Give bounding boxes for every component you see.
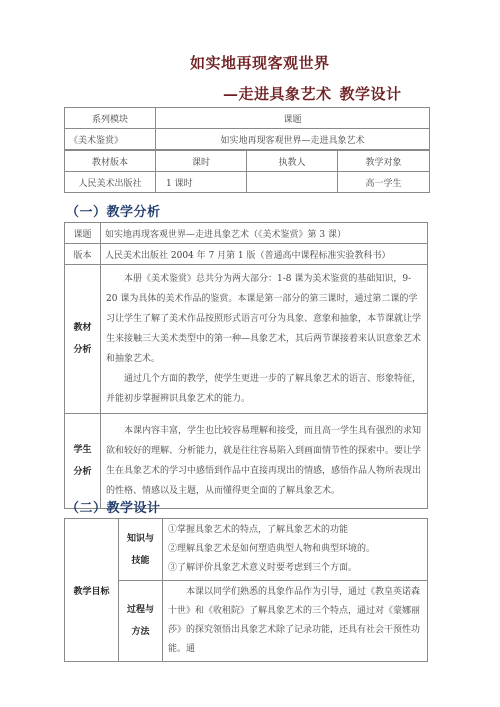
header-class-hours: 课时 — [156, 150, 247, 172]
label-line: 学生 — [69, 439, 96, 461]
edition-text: 人民美术出版社 2004 年 7 月第 1 版（普通高中课程标准实验教科书） — [101, 244, 428, 265]
table-row: 版本 人民美术出版社 2004 年 7 月第 1 版（普通高中课程标准实验教科书… — [65, 244, 428, 265]
list-item: ③了解评价具象艺术意义时要考虑到三个方面。 — [168, 559, 422, 578]
table-row: 课题 如实地再现客观世界—走进具象艺术（《美术鉴赏》第 3 课） — [65, 223, 428, 244]
table-row: 过程与 方法 本课以同学们熟悉的具象作品作为引导，通过《教皇英诺森十世》和《收租… — [65, 581, 428, 662]
course-info-table: 系列模块 课题 《美术鉴赏》 如实地再现客观世界—走进具象艺术 教材版本 课时 … — [64, 107, 430, 193]
student-analysis-text: 本课内容丰富，学生也比较容易理解和接受，而且高一学生具有强烈的求知欲和较好的理解… — [101, 414, 428, 509]
table-row: 人民美术出版社 1 课时 高一学生 — [65, 172, 430, 193]
subtitle-topic: —走进具象艺术 — [223, 85, 332, 103]
analysis-table: 课题 如实地再现客观世界—走进具象艺术（《美术鉴赏》第 3 课） 版本 人民美术… — [64, 222, 428, 509]
textbook-edition-value: 人民美术出版社 — [65, 172, 156, 193]
process-methods-text: 本课以同学们熟悉的具象作品作为引导，通过《教皇英诺森十世》和《收租院》了解具象艺… — [163, 581, 428, 662]
knowledge-skills-list: ①掌握具象艺术的特点，了解具象艺术的功能 ②理解具象艺术是如何塑造典型人物和典型… — [163, 519, 428, 581]
label-line: 教材 — [69, 317, 96, 339]
list-item: ②理解具象艺术是如何塑造典型人物和典型环境的。 — [168, 540, 422, 559]
header-topic: 课题 — [156, 108, 430, 129]
topic-value: 如实地再现客观世界—走进具象艺术 — [156, 129, 430, 151]
paragraph: 本册《美术鉴赏》总共分为两大部分：1-8 课为美术鉴赏的基础知识，9-20 课为… — [106, 269, 421, 369]
paragraph: 本课以同学们熟悉的具象作品作为引导，通过《教皇英诺森十世》和《收租院》了解具象艺… — [168, 583, 422, 659]
paragraph: 本课内容丰富，学生也比较容易理解和接受，而且高一学生具有强烈的求知欲和较好的理解… — [106, 421, 421, 501]
header-textbook-edition: 教材版本 — [65, 150, 156, 172]
teaching-design-table: 教学目标 知识与 技能 ①掌握具象艺术的特点，了解具象艺术的功能 ②理解具象艺术… — [64, 518, 428, 662]
label-line: 分析 — [69, 461, 96, 483]
topic-text: 如实地再现客观世界—走进具象艺术（《美术鉴赏》第 3 课） — [101, 223, 428, 244]
label-line: 方法 — [123, 621, 158, 643]
teacher-value — [247, 172, 338, 193]
table-row: 《美术鉴赏》 如实地再现客观世界—走进具象艺术 — [65, 129, 430, 151]
header-target-students: 教学对象 — [338, 150, 430, 172]
header-series-module: 系列模块 — [65, 108, 156, 129]
teaching-goals-label: 教学目标 — [65, 519, 119, 662]
section-heading-analysis: （一）教学分析 — [66, 201, 161, 220]
label-line: 分析 — [69, 339, 96, 361]
label-line: 过程与 — [123, 599, 158, 621]
table-row: 教材版本 课时 执教人 教学对象 — [65, 150, 430, 172]
document-subtitle: —走进具象艺术教学设计 — [223, 83, 402, 104]
knowledge-skills-label: 知识与 技能 — [119, 519, 163, 581]
class-hours-value: 1 课时 — [156, 172, 247, 193]
subtitle-design: 教学设计 — [340, 85, 402, 103]
paragraph: 通过几个方面的教学，使学生更进一步的了解具象艺术的语言、形象特征，并能初步掌握辨… — [106, 369, 421, 409]
table-row: 学生 分析 本课内容丰富，学生也比较容易理解和接受，而且高一学生具有强烈的求知欲… — [65, 414, 428, 509]
label-line: 知识与 — [123, 528, 158, 550]
target-students-value: 高一学生 — [338, 172, 430, 193]
section-heading-design: （二）教学设计 — [66, 497, 161, 516]
table-row: 系列模块 课题 — [65, 108, 430, 129]
table-row: 教材 分析 本册《美术鉴赏》总共分为两大部分：1-8 课为美术鉴赏的基础知识，9… — [65, 265, 428, 414]
material-analysis-text: 本册《美术鉴赏》总共分为两大部分：1-8 课为美术鉴赏的基础知识，9-20 课为… — [101, 265, 428, 414]
topic-label: 课题 — [65, 223, 101, 244]
edition-label: 版本 — [65, 244, 101, 265]
material-analysis-label: 教材 分析 — [65, 265, 101, 414]
process-methods-label: 过程与 方法 — [119, 581, 163, 662]
table-row: 教学目标 知识与 技能 ①掌握具象艺术的特点，了解具象艺术的功能 ②理解具象艺术… — [65, 519, 428, 581]
student-analysis-label: 学生 分析 — [65, 414, 101, 509]
header-teacher: 执教人 — [247, 150, 338, 172]
document-title: 如实地再现客观世界 — [190, 52, 330, 73]
label-line: 技能 — [123, 550, 158, 572]
list-item: ①掌握具象艺术的特点，了解具象艺术的功能 — [168, 521, 422, 540]
series-module-value: 《美术鉴赏》 — [65, 129, 156, 151]
